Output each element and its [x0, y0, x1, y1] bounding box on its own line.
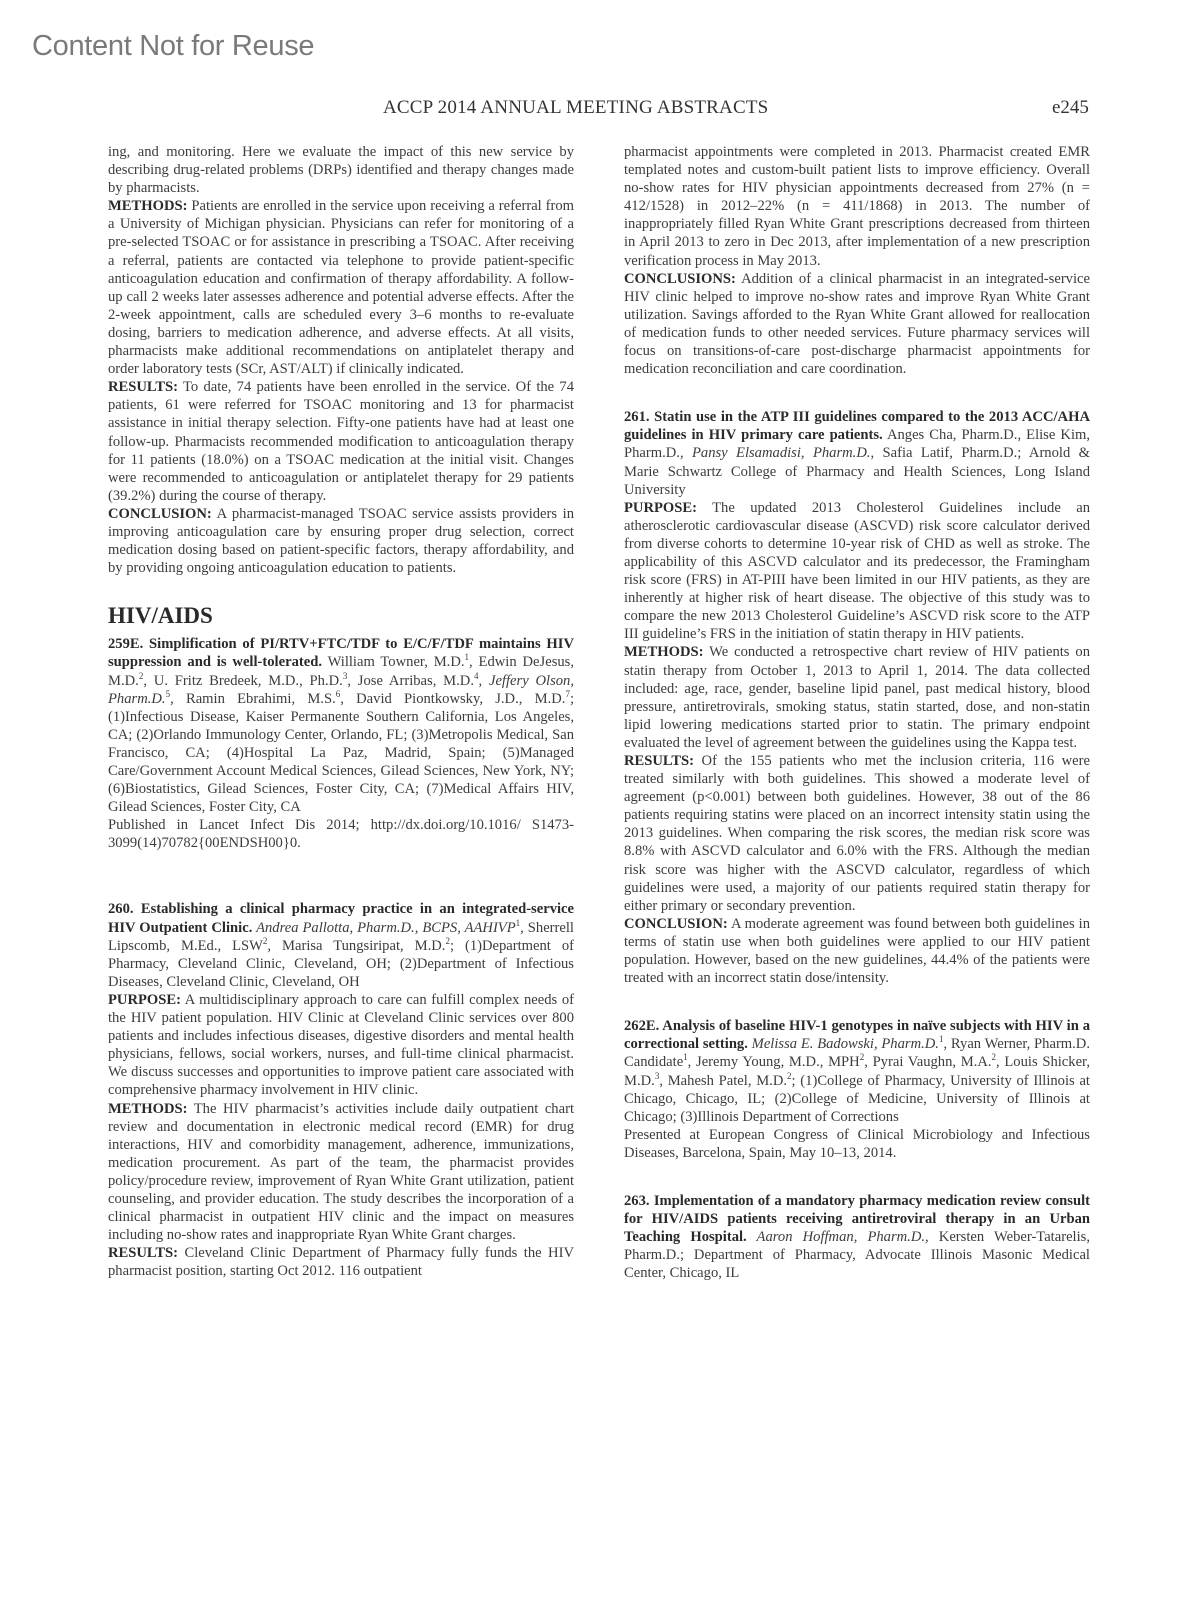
results-label: RESULTS:	[108, 379, 178, 395]
abstract-header: 261. Statin use in the ATP III guideline…	[624, 408, 1090, 498]
abstract-262E: 262E. Analysis of baseline HIV-1 genotyp…	[624, 1017, 1090, 1162]
conclusion-label: CONCLUSION:	[108, 506, 212, 522]
publication-note: Published in Lancet Infect Dis 2014; htt…	[108, 816, 574, 852]
abstract-header: 259E. Simplification of PI/RTV+FTC/TDF t…	[108, 635, 574, 816]
abstract-263: 263. Implementation of a mandatory pharm…	[624, 1192, 1090, 1282]
methods-paragraph: METHODS: Patients are enrolled in the se…	[108, 197, 574, 378]
journal-title: ACCP 2014 ANNUAL MEETING ABSTRACTS	[383, 97, 768, 119]
results-paragraph-continued: pharmacist appointments were completed i…	[624, 143, 1090, 270]
purpose-paragraph: PURPOSE: The updated 2013 Cholesterol Gu…	[624, 499, 1090, 644]
methods-paragraph: METHODS: The HIV pharmacist’s activities…	[108, 1100, 574, 1245]
conclusions-label: CONCLUSIONS:	[624, 271, 736, 287]
abstract-header: 260. Establishing a clinical pharmacy pr…	[108, 900, 574, 990]
abstract-259E: 259E. Simplification of PI/RTV+FTC/TDF t…	[108, 635, 574, 852]
right-column: pharmacist appointments were completed i…	[624, 143, 1090, 1282]
presentation-note: Presented at European Congress of Clinic…	[624, 1126, 1090, 1162]
purpose-label: PURPOSE:	[624, 500, 697, 516]
results-paragraph: RESULTS: Cleveland Clinic Department of …	[108, 1244, 574, 1280]
watermark: Content Not for Reuse	[32, 30, 314, 63]
intro-paragraph: ing, and monitoring. Here we evaluate th…	[108, 143, 574, 197]
results-label: RESULTS:	[108, 1245, 178, 1261]
page-number: e245	[1052, 97, 1089, 119]
purpose-label: PURPOSE:	[108, 992, 181, 1008]
results-label: RESULTS:	[624, 753, 694, 769]
abstract-header: 262E. Analysis of baseline HIV-1 genotyp…	[624, 1017, 1090, 1126]
abstract-260: 260. Establishing a clinical pharmacy pr…	[108, 900, 574, 1280]
section-heading: HIV/AIDS	[108, 607, 574, 625]
abstract-header: 263. Implementation of a mandatory pharm…	[624, 1192, 1090, 1282]
abstract-261: 261. Statin use in the ATP III guideline…	[624, 408, 1090, 987]
methods-label: METHODS:	[108, 198, 187, 214]
presenting-author: Andrea Pallotta, Pharm.D., BCPS, AAHIVP	[252, 920, 515, 936]
methods-label: METHODS:	[624, 644, 703, 660]
abstract-continued: ing, and monitoring. Here we evaluate th…	[108, 143, 574, 577]
methods-paragraph: METHODS: We conducted a retrospective ch…	[624, 643, 1090, 752]
left-column: ing, and monitoring. Here we evaluate th…	[108, 143, 574, 1280]
conclusion-paragraph: CONCLUSION: A moderate agreement was fou…	[624, 915, 1090, 987]
results-paragraph: RESULTS: To date, 74 patients have been …	[108, 378, 574, 505]
results-paragraph: RESULTS: Of the 155 patients who met the…	[624, 752, 1090, 915]
presenting-author: Melissa E. Badowski, Pharm.D.	[748, 1036, 939, 1052]
conclusion-label: CONCLUSION:	[624, 916, 728, 932]
methods-label: METHODS:	[108, 1101, 187, 1117]
conclusions-paragraph: CONCLUSIONS: Addition of a clinical phar…	[624, 270, 1090, 379]
presenting-author: Pansy Elsamadisi, Pharm.D.	[692, 445, 871, 461]
purpose-paragraph: PURPOSE: A multidisciplinary approach to…	[108, 991, 574, 1100]
presenting-author: Aaron Hoffman, Pharm.D.	[747, 1229, 925, 1245]
conclusion-paragraph: CONCLUSION: A pharmacist-managed TSOAC s…	[108, 505, 574, 577]
abstract-260-continued: pharmacist appointments were completed i…	[624, 143, 1090, 378]
